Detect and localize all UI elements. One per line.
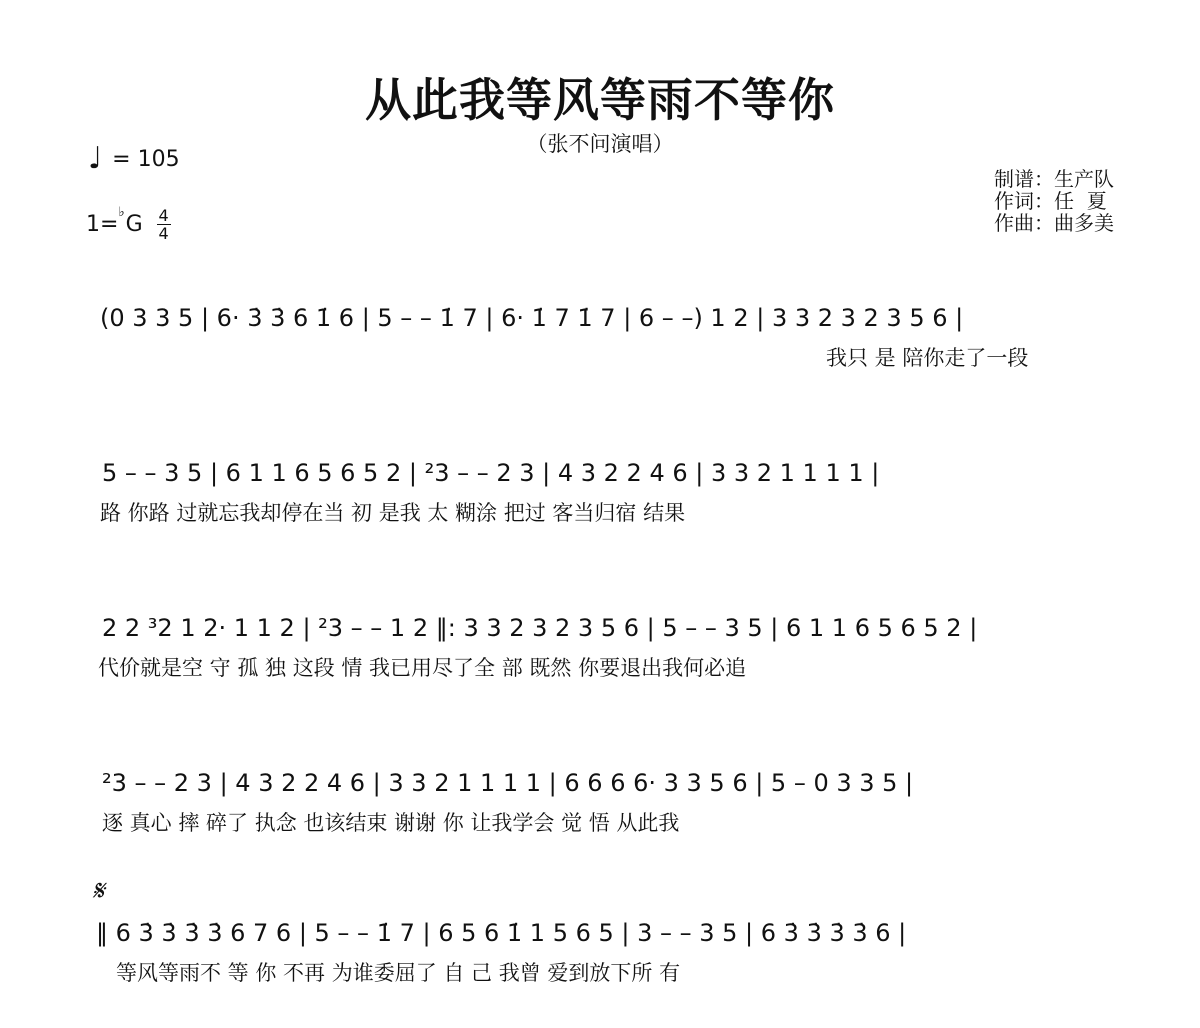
score-system-3: 2 2 ³2 1 2· 1 1 2 | ²3 – – 1 2 ‖: 3 3 2 … [96, 610, 1120, 680]
lyrics-text: 路 你路 过就忘我却停在当 初 是我 太 糊涂 把过 客当归宿 结果 [100, 497, 685, 527]
lyrics-line: 等风等雨不 等 你 不再 为谁委屈了 自 己 我曾 爱到放下所 有 [96, 955, 1120, 985]
notation-line: 5 – – 3 5 | 6 1 1 6 5 6 5 2 | ²3 – – 2 3… [96, 455, 1120, 495]
segno-icon: 𝄋 [92, 874, 104, 908]
tempo-marking: ♩ = 105 [88, 144, 180, 174]
key-prefix: 1= [86, 212, 118, 237]
key-note: G [126, 212, 143, 237]
lyrics-line: 逐 真心 摔 碎了 执念 也该结束 谢谢 你 让我学会 觉 悟 从此我 [96, 805, 1120, 835]
score-system-1: (0 3 3 5 | 6· 3̇ 3̇ 6 1̇ 6 | 5 – – 1̇ 7 … [96, 300, 1120, 370]
lyrics-text: 逐 真心 摔 碎了 执念 也该结束 谢谢 你 让我学会 觉 悟 从此我 [102, 807, 679, 837]
page-title: 从此我等风等雨不等你 [0, 64, 1200, 130]
score-system-4: ²3 – – 2 3 | 4 3 2 2 4 6 | 3 3 2 1 1 1 1… [96, 765, 1120, 835]
lyrics-text: 我只 是 陪你走了一段 [826, 342, 1028, 372]
credit-transcriber: 制谱：生产队 [994, 168, 1114, 190]
tempo-value: = 105 [112, 147, 179, 172]
credits: 制谱：生产队 作词：任 夏 作曲：曲多美 [994, 168, 1114, 234]
time-bottom: 4 [159, 226, 169, 241]
lyrics-text: 等风等雨不 等 你 不再 为谁委屈了 自 己 我曾 爱到放下所 有 [116, 957, 680, 987]
notation-line: 2 2 ³2 1 2· 1 1 2 | ²3 – – 1 2 ‖: 3 3 2 … [96, 610, 1120, 650]
notes-text: 5 – – 3 5 | 6 1 1 6 5 6 5 2 | ²3 – – 2 3… [102, 459, 879, 487]
credit-composer: 作曲：曲多美 [994, 212, 1114, 234]
quarter-note-icon: ♩ [88, 144, 102, 174]
key-signature: 1= ♭ G 4 4 [86, 208, 171, 241]
time-top: 4 [159, 208, 169, 223]
lyrics-line: 代价就是空 守 孤 独 这段 情 我已用尽了全 部 既然 你要退出我何必追 [96, 650, 1120, 680]
credit-lyricist: 作词：任 夏 [994, 190, 1114, 212]
lyrics-text: 代价就是空 守 孤 独 这段 情 我已用尽了全 部 既然 你要退出我何必追 [98, 652, 746, 682]
page-subtitle: （张不问演唱） [0, 128, 1200, 158]
lyrics-line: 路 你路 过就忘我却停在当 初 是我 太 糊涂 把过 客当归宿 结果 [96, 495, 1120, 525]
notes-text: 2 2 ³2 1 2· 1 1 2 | ²3 – – 1 2 ‖: 3 3 2 … [102, 614, 977, 642]
score-system-5: ‖ 6 3̇ 3̇ 3̇ 3̇ 6 7 6 | 5 – – 1̇ 7 | 6 5… [96, 915, 1120, 985]
notation-line: ‖ 6 3̇ 3̇ 3̇ 3̇ 6 7 6 | 5 – – 1̇ 7 | 6 5… [96, 915, 1120, 955]
notes-text: ²3 – – 2 3 | 4 3 2 2 4 6 | 3 3 2 1 1 1 1… [102, 769, 913, 797]
time-signature: 4 4 [157, 208, 171, 241]
notation-line: ²3 – – 2 3 | 4 3 2 2 4 6 | 3 3 2 1 1 1 1… [96, 765, 1120, 805]
score-system-2: 5 – – 3 5 | 6 1 1 6 5 6 5 2 | ²3 – – 2 3… [96, 455, 1120, 525]
notation-line: (0 3 3 5 | 6· 3̇ 3̇ 6 1̇ 6 | 5 – – 1̇ 7 … [96, 300, 1120, 340]
notes-text: ‖ 6 3̇ 3̇ 3̇ 3̇ 6 7 6 | 5 – – 1̇ 7 | 6 5… [96, 919, 906, 947]
lyrics-line: 我只 是 陪你走了一段 [96, 340, 1120, 370]
flat-icon: ♭ [118, 205, 124, 220]
notes-text: (0 3 3 5 | 6· 3̇ 3̇ 6 1̇ 6 | 5 – – 1̇ 7 … [100, 304, 963, 332]
